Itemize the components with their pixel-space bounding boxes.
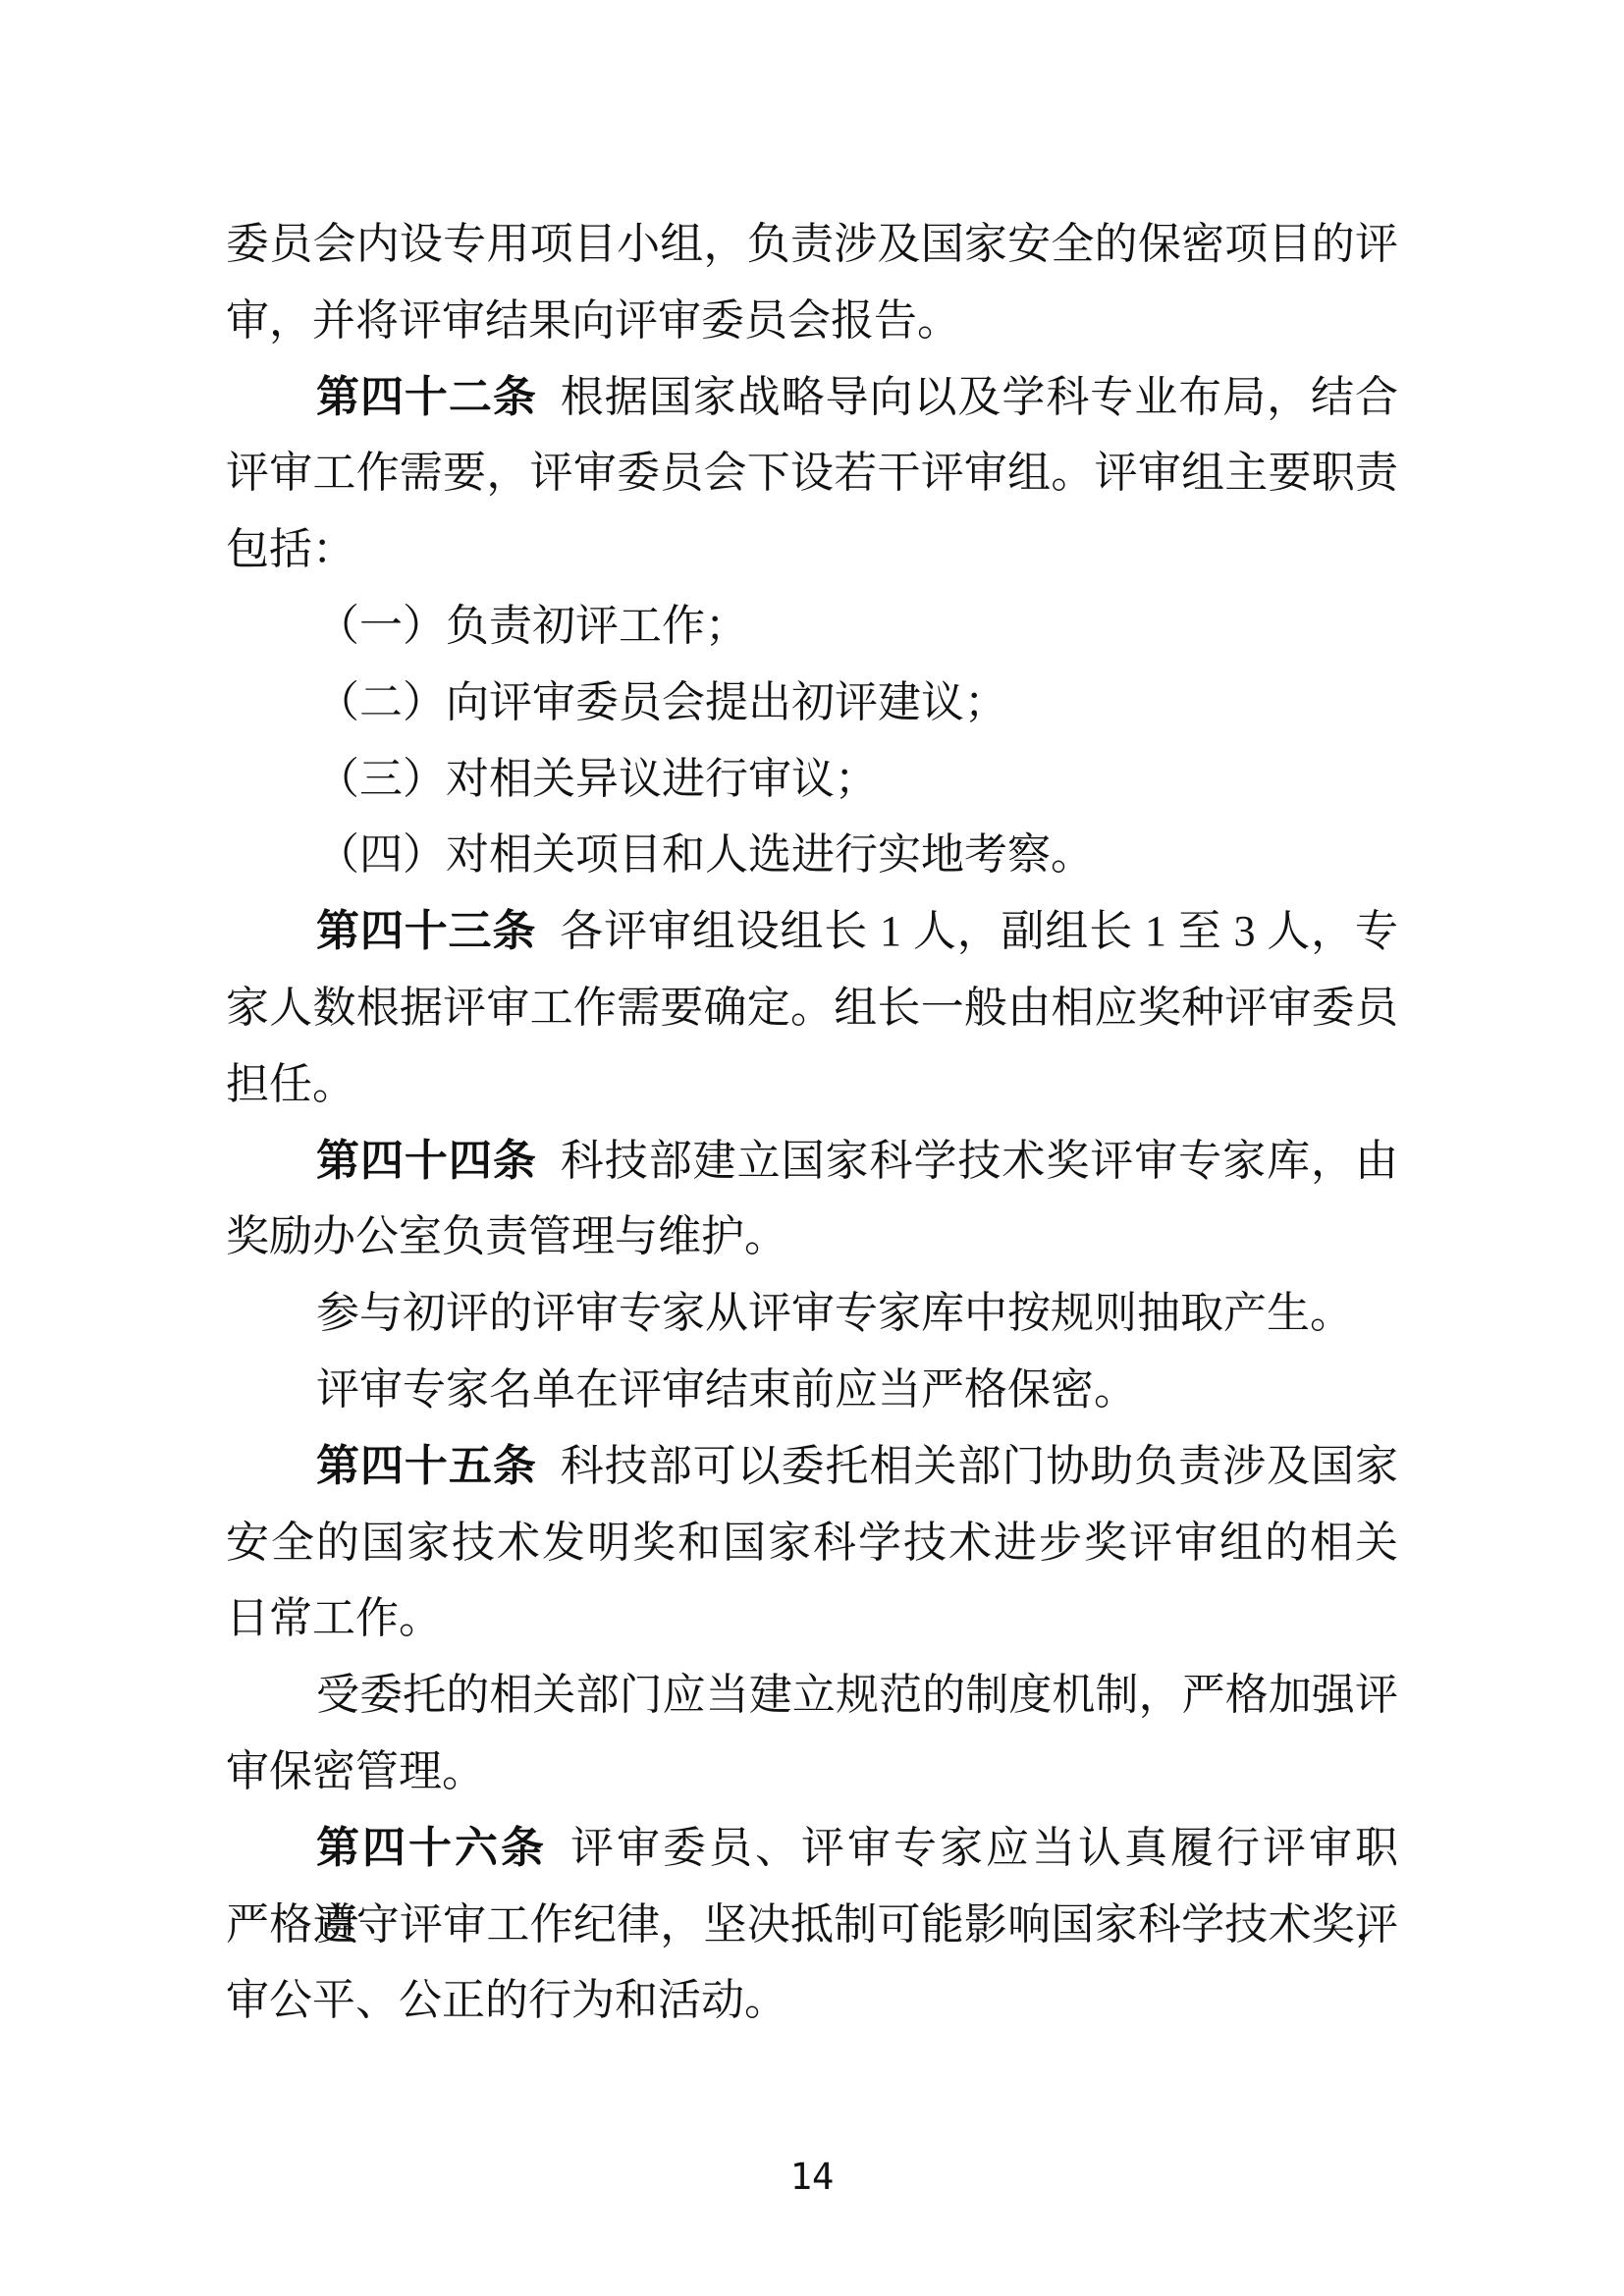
text-line-list-item-3: （三）对相关异议进行审议； <box>226 741 1398 818</box>
text-line: 评审工作需要，评审委员会下设若干评审组。评审组主要职责 <box>226 435 1398 511</box>
line-text: 安全的国家技术发明奖和国家科学技术进步奖评审组的相关 <box>226 1519 1398 1567</box>
article-number-heading: 第四十三条 <box>316 907 536 955</box>
line-text: （三）对相关异议进行审议； <box>316 755 878 803</box>
text-line: 审公平、公正的行为和活动。 <box>226 1962 1398 2039</box>
line-text: 科技部建立国家科学技术奖评审专家库，由 <box>561 1137 1398 1185</box>
text-line: 审，并将评审结果向评审委员会报告。 <box>226 283 1398 359</box>
line-text: 审保密管理。 <box>226 1747 485 1795</box>
line-text: 严格遵守评审工作纪律，坚决抵制可能影响国家科学技术奖评 <box>226 1900 1398 1949</box>
line-text: （二）向评审委员会提出初评建议； <box>316 678 1007 726</box>
text-line-list-item-1: （一）负责初评工作； <box>226 588 1398 665</box>
line-text: 科技部可以委托相关部门协助负责涉及国家 <box>561 1442 1398 1490</box>
text-line-article-42: 第四十二条根据国家战略导向以及学科专业布局，结合 <box>226 359 1398 436</box>
page-number: 14 <box>0 2156 1624 2199</box>
text-line: 委员会内设专用项目小组，负责涉及国家安全的保密项目的评 <box>226 206 1398 283</box>
text-line: 包括： <box>226 511 1398 588</box>
line-text: 评审工作需要，评审委员会下设若干评审组。评审组主要职责 <box>226 449 1398 497</box>
text-line: 严格遵守评审工作纪律，坚决抵制可能影响国家科学技术奖评 <box>226 1887 1398 1963</box>
line-text: 审公平、公正的行为和活动。 <box>226 1976 787 2024</box>
text-line-article-44: 第四十四条科技部建立国家科学技术奖评审专家库，由 <box>226 1123 1398 1200</box>
document-page: 委员会内设专用项目小组，负责涉及国家安全的保密项目的评 审，并将评审结果向评审委… <box>0 0 1624 2296</box>
line-text: 担任。 <box>226 1060 355 1108</box>
line-text: 日常工作。 <box>226 1594 442 1642</box>
text-line: 受委托的相关部门应当建立规范的制度机制，严格加强评 <box>226 1657 1398 1734</box>
line-text: （四）对相关项目和人选进行实地考察。 <box>316 830 1094 879</box>
text-line: 参与初评的评审专家从评审专家库中按规则抽取产生。 <box>226 1275 1398 1352</box>
text-line: 评审专家名单在评审结束前应当严格保密。 <box>226 1352 1398 1428</box>
text-line-article-45: 第四十五条科技部可以委托相关部门协助负责涉及国家 <box>226 1428 1398 1505</box>
line-text: 参与初评的评审专家从评审专家库中按规则抽取产生。 <box>316 1289 1353 1337</box>
text-line-list-item-2: （二）向评审委员会提出初评建议； <box>226 665 1398 741</box>
line-text: 奖励办公室负责管理与维护。 <box>226 1212 787 1260</box>
text-line-article-43: 第四十三条各评审组设组长 1 人，副组长 1 至 3 人，专 <box>226 893 1398 970</box>
line-text: 评审专家名单在评审结束前应当严格保密。 <box>316 1365 1137 1414</box>
document-text-block: 委员会内设专用项目小组，负责涉及国家安全的保密项目的评 审，并将评审结果向评审委… <box>226 206 1398 2039</box>
article-number-heading: 第四十六条 <box>316 1824 547 1872</box>
text-line: 奖励办公室负责管理与维护。 <box>226 1199 1398 1275</box>
article-number-heading: 第四十四条 <box>316 1137 537 1185</box>
article-number-heading: 第四十五条 <box>316 1442 537 1490</box>
article-number-heading: 第四十二条 <box>316 373 537 421</box>
line-text: 各评审组设组长 1 人，副组长 1 至 3 人，专 <box>560 907 1398 955</box>
line-text: 家人数根据评审工作需要确定。组长一般由相应奖种评审委员 <box>226 984 1398 1032</box>
line-text: 包括： <box>226 525 355 573</box>
text-line: 担任。 <box>226 1046 1398 1123</box>
text-line: 审保密管理。 <box>226 1734 1398 1810</box>
line-text: 受委托的相关部门应当建立规范的制度机制，严格加强评 <box>316 1671 1398 1719</box>
text-line: 家人数根据评审工作需要确定。组长一般由相应奖种评审委员 <box>226 970 1398 1046</box>
line-text: 根据国家战略导向以及学科专业布局，结合 <box>561 373 1398 421</box>
line-text: （一）负责初评工作； <box>316 602 748 650</box>
text-line-list-item-4: （四）对相关项目和人选进行实地考察。 <box>226 817 1398 893</box>
text-line: 安全的国家技术发明奖和国家科学技术进步奖评审组的相关 <box>226 1505 1398 1581</box>
text-line-article-46: 第四十六条评审委员、评审专家应当认真履行评审职责， <box>226 1810 1398 1887</box>
line-text: 委员会内设专用项目小组，负责涉及国家安全的保密项目的评 <box>226 220 1398 268</box>
line-text: 审，并将评审结果向评审委员会报告。 <box>226 296 960 345</box>
text-line: 日常工作。 <box>226 1580 1398 1657</box>
